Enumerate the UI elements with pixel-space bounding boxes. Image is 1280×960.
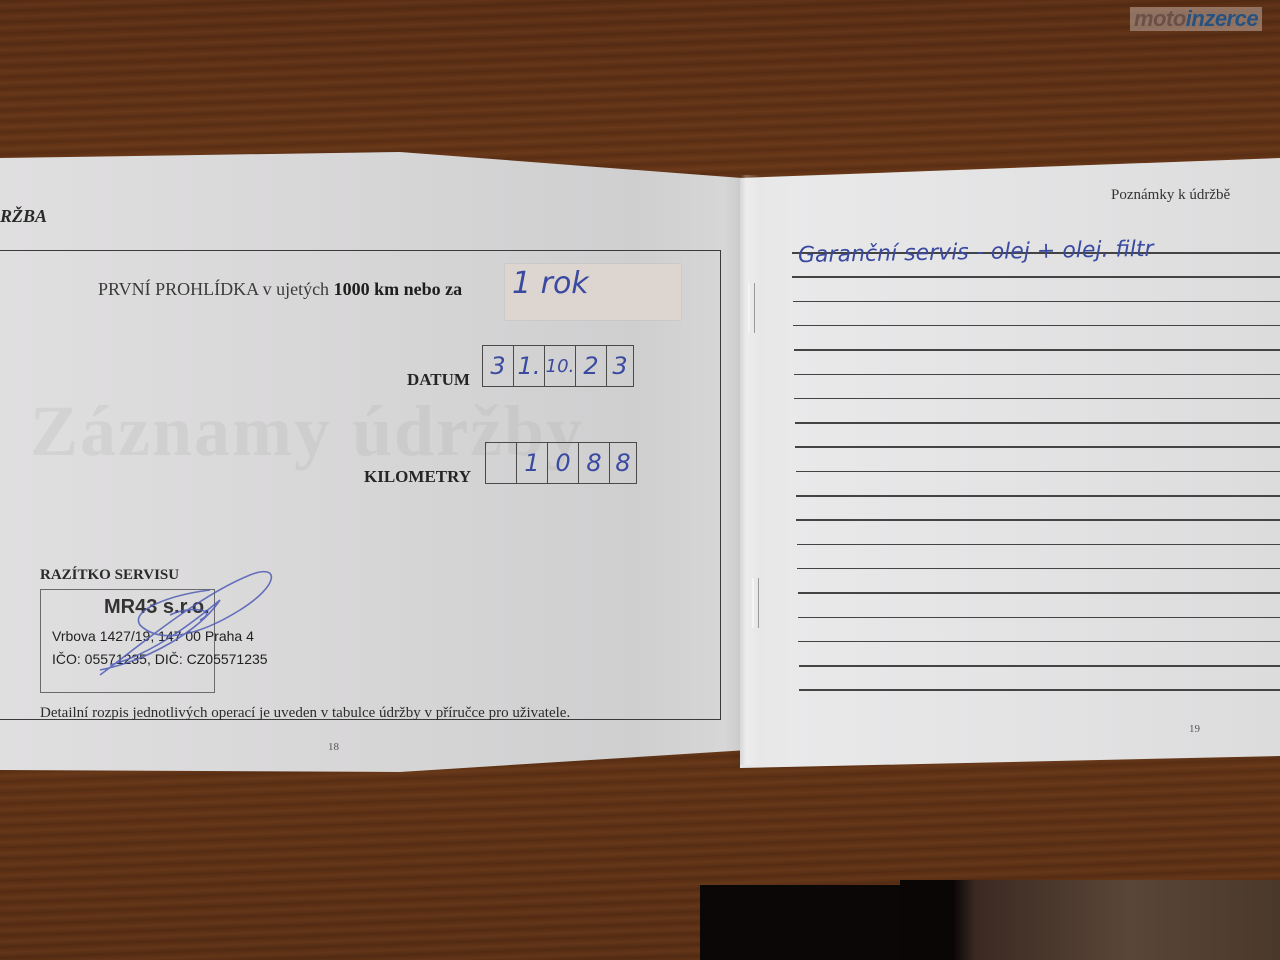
- ruled-line: [799, 689, 1280, 691]
- ruled-line: [792, 276, 1280, 278]
- km-cell: [486, 443, 517, 483]
- ruled-line: [796, 471, 1280, 473]
- ruled-line: [798, 617, 1280, 619]
- ruled-line: [797, 544, 1280, 546]
- kilometers-label: KILOMETRY: [364, 467, 471, 487]
- first-inspection-prefix: PRVNÍ PROHLÍDKA v ujetých: [98, 279, 334, 299]
- first-inspection-line: PRVNÍ PROHLÍDKA v ujetých 1000 km nebo z…: [98, 279, 462, 300]
- signature-scribble: [80, 555, 290, 685]
- date-cell: 10.: [545, 346, 576, 386]
- ruled-line: [794, 398, 1280, 400]
- ruled-line: [795, 446, 1280, 448]
- ruled-line: [793, 325, 1280, 327]
- date-cell: 3: [483, 346, 514, 386]
- ruled-line: [796, 519, 1280, 521]
- km-cell: 8: [579, 443, 610, 483]
- km-cell: 8: [610, 443, 636, 483]
- booklet-gutter: [725, 175, 760, 765]
- first-inspection-interval: 1000 km nebo za: [334, 279, 463, 299]
- handwritten-interval: 1 rok: [512, 266, 589, 301]
- page-number-right: 19: [1189, 723, 1200, 735]
- ruled-line: [793, 301, 1280, 303]
- floor: [900, 880, 1280, 960]
- section-title: RŽBA: [0, 206, 47, 227]
- notes-title: Poznámky k údržbě: [1111, 187, 1230, 204]
- date-cell: 1.: [514, 346, 545, 386]
- footnote: Detailní rozpis jednotlivých operací je …: [40, 705, 570, 722]
- ruled-line: [794, 374, 1280, 376]
- staple-top: [748, 283, 755, 333]
- ruled-line: [795, 422, 1280, 424]
- watermark-logo: motoinzerce: [1130, 7, 1262, 31]
- ruled-line: [797, 568, 1280, 570]
- date-field[interactable]: 3 1. 10. 2 3: [482, 345, 634, 387]
- ruled-line: [796, 495, 1280, 497]
- ruled-line: [794, 349, 1280, 351]
- ruled-line: [799, 665, 1280, 667]
- date-cell: 2: [576, 346, 607, 386]
- date-label: DATUM: [407, 370, 470, 390]
- ruled-line: [798, 592, 1280, 594]
- date-cell: 3: [607, 346, 633, 386]
- kilometers-field[interactable]: 1 0 8 8: [485, 442, 637, 484]
- page-number-left: 18: [328, 741, 339, 753]
- km-cell: 1: [517, 443, 548, 483]
- staple-bottom: [752, 578, 759, 628]
- km-cell: 0: [548, 443, 579, 483]
- ruled-line: [798, 641, 1280, 643]
